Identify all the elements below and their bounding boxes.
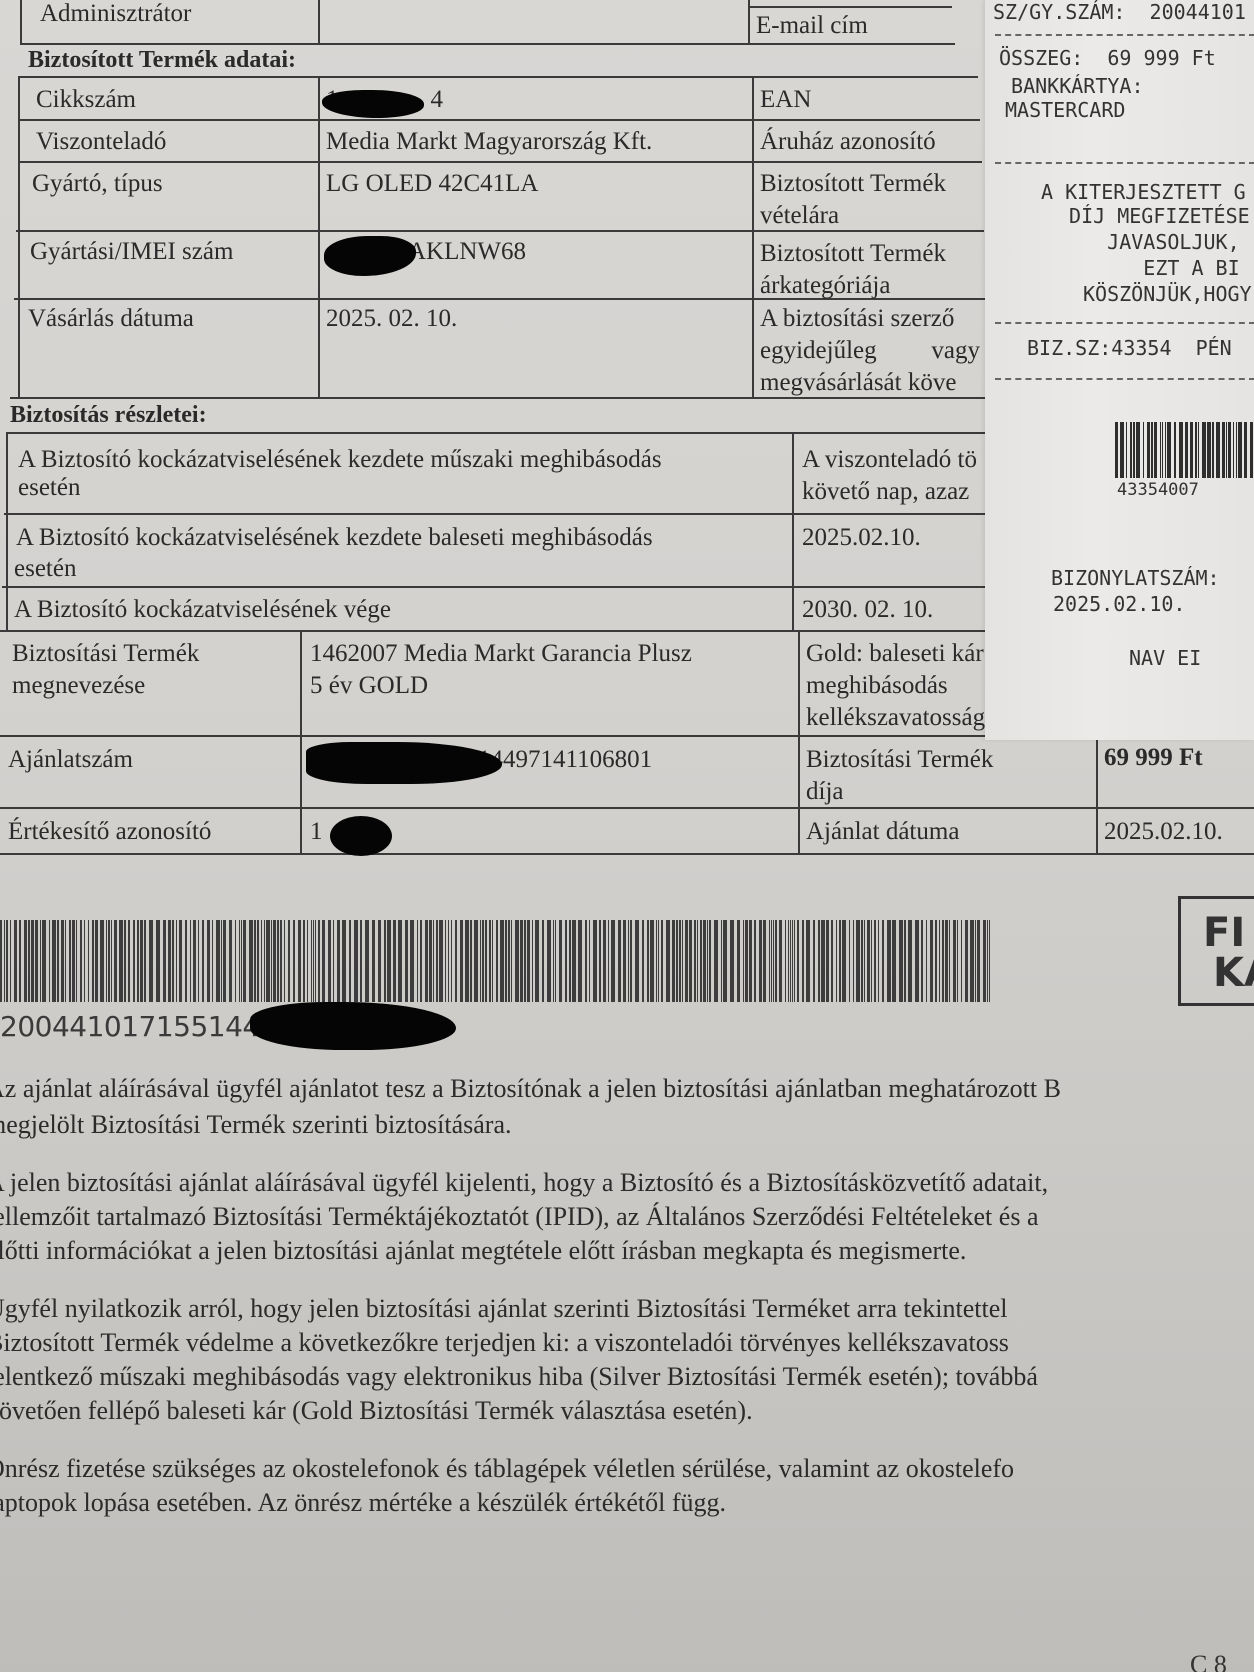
receipt-barcode [1115,422,1254,478]
paragraph-3-line-1: Ügyfél nyilatkozik arról, hogy jelen biz… [0,1292,1254,1326]
price-category-label-1: Biztosított Termék [752,238,954,270]
barcode [0,920,990,1002]
manufacturer-label: Gyártó, típus [24,168,171,200]
section-title-product: Biztosított Termék adatai: [28,47,296,74]
redaction-mark [330,816,392,856]
cikkszam-suffix: 4 [431,86,444,113]
product-name-label-2: megnevezése [4,670,153,702]
receipt-line: A KITERJESZTETT G [1041,180,1246,204]
purchase-date-label: Vásárlás dátuma [20,303,202,335]
paragraph-2-line-1: A jelen biztosítási ajánlat aláírásával … [0,1166,1254,1200]
serial-label: Gyártási/IMEI szám [22,236,241,268]
section-title-insurance: Biztosítás részletei: [10,402,207,429]
table-border [20,76,978,78]
table-border [18,76,20,398]
paragraph-1-line-2: megjelölt Biztosítási Termék szerinti bi… [0,1108,1254,1142]
receipt-line: KÖSZÖNJÜK,HOGY [1083,282,1252,306]
price-category-label-2: árkategóriája [752,270,898,302]
seller-id-label: Értékesítő azonosító [0,816,219,848]
risk-start-accident-label-2: esetén [6,553,84,585]
table-border [6,432,1002,434]
contract-note-3: megvásárlását köve [752,367,964,399]
table-border [748,6,952,8]
redaction-mark [306,742,502,784]
payment-receipt: SZ/GY.SZÁM: 20044101 ÖSSZEG: 69 999 Ft B… [985,0,1254,740]
receipt-line: BIZONYLATSZÁM: [1051,566,1220,590]
risk-start-accident-value: 2025.02.10. [794,522,929,554]
purchase-date-value: 2025. 02. 10. [318,303,465,335]
receipt-divider [995,34,1254,36]
footer-fragment: C 8 [1190,1650,1227,1672]
table-border [0,807,1254,809]
offer-date-value: 2025.02.10. [1096,816,1231,848]
fee-label-2: díja [798,776,852,808]
product-name-value-2: 5 év GOLD [302,670,436,702]
receipt-line: DÍJ MEGFIZETÉSE [1057,204,1250,228]
seller-id-value: 1 [302,816,331,848]
receipt-line: ÖSSZEG: 69 999 Ft [999,46,1216,70]
receipt-line: SZ/GY.SZÁM: 20044101 [993,0,1246,24]
receipt-line: JAVASOLJUK, [1059,230,1252,254]
contract-note-1: A biztosítási szerző [752,303,962,335]
contract-note-2: egyidejűleg vagy [752,335,988,367]
table-border [318,0,320,44]
table-border [20,43,955,45]
paragraph-3-line-4: követően fellépő baleseti kár (Gold Bizt… [0,1394,1254,1428]
table-border [0,735,1030,737]
risk-start-accident-label-1: A Biztosító kockázatviselésének kezdete … [8,522,661,554]
receipt-line: 2025.02.10. [1053,592,1185,616]
product-note-2: meghibásodás [798,670,956,702]
stamp-box: FI KA [1178,896,1254,1006]
receipt-line: MASTERCARD [1005,98,1125,122]
fee-label-1: Biztosítási Termék [798,744,1001,776]
fee-value: 69 999 Ft [1096,742,1211,774]
risk-start-technical-value-1: A viszonteladó tö [794,444,985,476]
receipt-divider [995,378,1254,380]
risk-end-value: 2030. 02. 10. [794,594,941,626]
receipt-line: BIZ.SZ:43354 PÉN [1027,336,1232,360]
stamp-text-2: KA [1213,953,1254,993]
table-border [4,513,1004,515]
receipt-line: NAV EI [1129,646,1201,670]
purchase-price-label-2: vételára [752,200,847,232]
risk-start-technical-label-1: A Biztosító kockázatviselésének kezdete … [10,444,670,476]
risk-end-label: A Biztosító kockázatviselésének vége [6,594,399,626]
paragraph-4-line-2: laptopok lopása esetében. Az önrész mért… [0,1486,1254,1520]
paragraph-1-line-1: Az ajánlat aláírásával ügyfél ajánlatot … [0,1072,1254,1106]
receipt-line: 43354007 [1117,480,1199,500]
barcode-number: 2004410171551444 [0,1010,277,1043]
paragraph-2-line-2: jellemzőit tartalmazó Biztosítási Termék… [0,1200,1254,1234]
email-label: E-mail cím [748,10,876,42]
product-note-1: Gold: baleseti kár [798,638,992,670]
product-name-value-1: 1462007 Media Markt Garancia Plusz [302,638,700,670]
offer-number-label: Ajánlatszám [0,744,141,776]
offer-date-label: Ajánlat dátuma [798,816,967,848]
purchase-price-label-1: Biztosított Termék [752,168,954,200]
ean-label: EAN [752,84,819,116]
receipt-line: EZT A BI [1059,256,1240,280]
risk-start-technical-value-2: követő nap, azaz [794,476,977,508]
stamp-text-1: FI [1203,913,1245,953]
manufacturer-value: LG OLED 42C41LA [318,168,546,200]
cikkszam-label: Cikkszám [28,84,144,116]
admin-label: Adminisztrátor [32,0,199,30]
receipt-divider [995,162,1254,164]
paragraph-4-line-1: Önrész fizetése szükséges az okostelefon… [0,1452,1254,1486]
reseller-value: Media Markt Magyarország Kft. [318,126,660,158]
redaction-mark [324,236,416,276]
table-border [2,586,1008,588]
product-name-label-1: Biztosítási Termék [4,638,207,670]
table-border [20,161,982,163]
table-border [20,119,980,121]
receipt-divider [995,322,1254,324]
table-border [20,0,22,44]
receipt-line: BANKKÁRTYA: [999,74,1144,98]
reseller-label: Viszonteladó [28,126,174,158]
product-note-3: kellékszavatosság [798,702,993,734]
paragraph-2-line-3: előtti információkat a jelen biztosítási… [0,1234,1254,1268]
redaction-mark [250,1002,456,1050]
table-border [0,853,1254,855]
paragraph-3-line-2: Biztosított Termék védelme a következőkr… [0,1326,1254,1360]
risk-start-technical-label-2: esetén [10,472,88,504]
store-id-label: Áruház azonosító [752,126,944,158]
paragraph-3-line-3: jelentkező műszaki meghibásodás vagy ele… [0,1360,1254,1394]
